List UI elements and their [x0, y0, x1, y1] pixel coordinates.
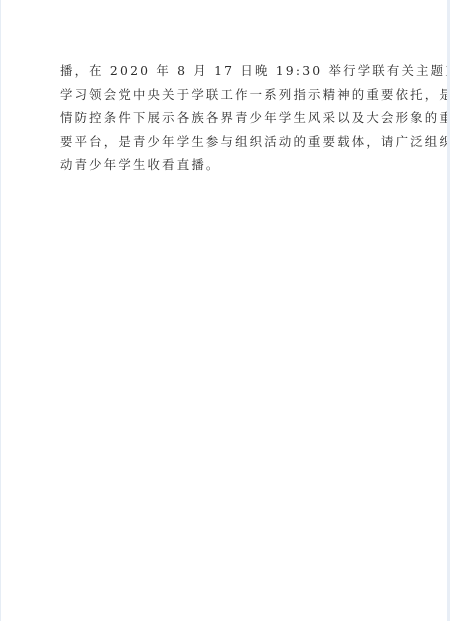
paragraph-line-5: 动青少年学生收看直播。: [60, 153, 392, 177]
paragraph-line-3: 情防控条件下展示各族各界青少年学生风采以及大会形象的重: [60, 106, 392, 130]
paragraph-line-2: 学习领会党中央关于学联工作一系列指示精神的重要依托，是疫: [60, 83, 392, 107]
body-paragraph: 播，在 2020 年 8 月 17 日晚 19:30 举行学联有关主题直播，这是…: [60, 59, 392, 177]
paragraph-line-1: 播，在 2020 年 8 月 17 日晚 19:30 举行学联有关主题直播，这是: [60, 59, 392, 83]
document-page: 播，在 2020 年 8 月 17 日晚 19:30 举行学联有关主题直播，这是…: [1, 0, 447, 621]
document-viewer: 播，在 2020 年 8 月 17 日晚 19:30 举行学联有关主题直播，这是…: [0, 0, 450, 621]
paragraph-line-4: 要平台，是青少年学生参与组织活动的重要载体，请广泛组织发: [60, 130, 392, 154]
